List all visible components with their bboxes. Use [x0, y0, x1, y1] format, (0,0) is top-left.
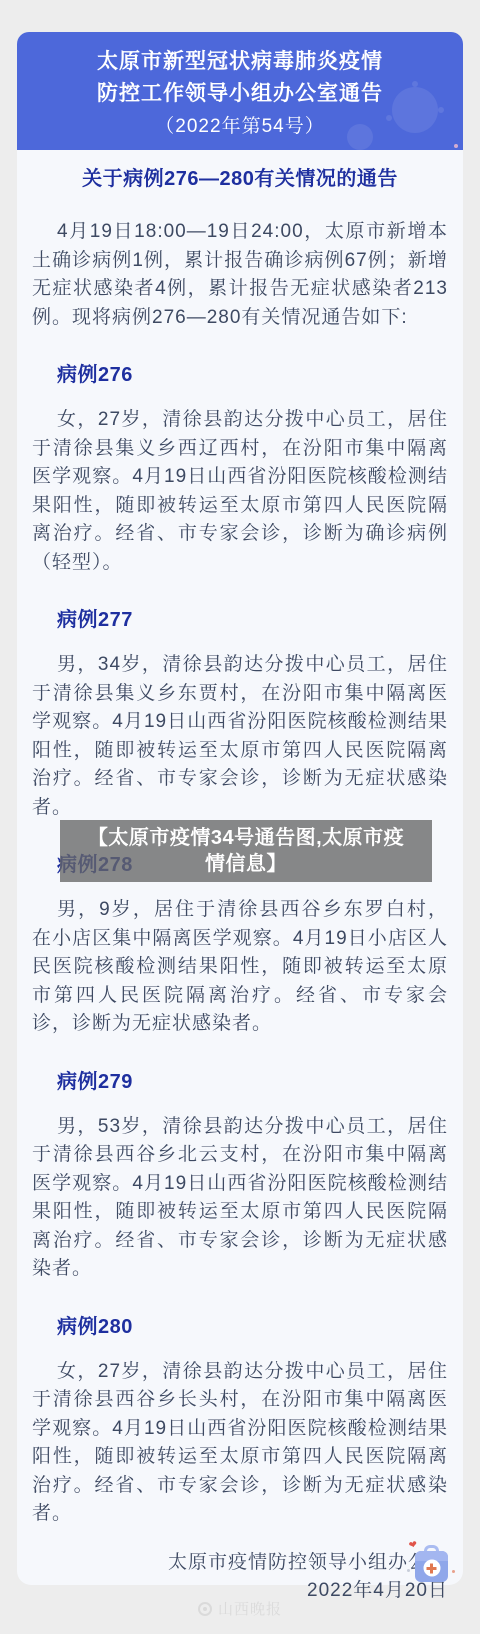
watermark-overlay: 【太原市疫情34号通告图,太原市疫 情信息】	[60, 820, 432, 882]
weibo-watermark-text: 山西晚报	[218, 1601, 282, 1618]
virus-decoration-icon	[392, 87, 438, 133]
footer-signature-block: 太原市疫情防控领导小组办公室 2022年4月20日	[32, 1549, 448, 1606]
case-section-277: 病例277 男，34岁，清徐县韵达分拨中心员工，居住于清徐县集义乡东贾村，在汾阳…	[32, 607, 448, 822]
dot-decoration	[407, 1569, 410, 1572]
watermark-overlay-line-1: 【太原市疫情34号通告图,太原市疫	[60, 825, 432, 851]
signature-line: 太原市疫情防控领导小组办公室	[32, 1549, 448, 1578]
intro-paragraph: 4月19日18:00—19日24:00，太原市新增本土确诊病例1例，累计报告确诊…	[32, 218, 448, 332]
case-paragraph-280: 女，27岁，清徐县韵达分拨中心员工，居住于清徐县西谷乡长头村，在汾阳市集中隔离医…	[32, 1358, 448, 1529]
case-paragraph-276: 女，27岁，清徐县韵达分拨中心员工，居住于清徐县集义乡西辽西村，在汾阳市集中隔离…	[32, 406, 448, 577]
case-section-276: 病例276 女，27岁，清徐县韵达分拨中心员工，居住于清徐县集义乡西辽西村，在汾…	[32, 362, 448, 577]
virus-decoration-icon	[347, 124, 373, 150]
cross-icon	[430, 1563, 433, 1573]
weibo-watermark: 山西晚报	[0, 1598, 480, 1619]
case-label-279: 病例279	[57, 1069, 448, 1095]
notice-title: 关于病例276—280有关情况的通告	[32, 166, 448, 192]
dot-decoration	[452, 1570, 455, 1573]
case-section-279: 病例279 男，53岁，清徐县韵达分拨中心员工，居住于清徐县西谷乡北云支村，在汾…	[32, 1069, 448, 1284]
notice-card: 太原市新型冠状病毒肺炎疫情 防控工作领导小组办公室通告 （2022年第54号） …	[17, 32, 463, 1585]
case-paragraph-278: 男，9岁，居住于清徐县西谷乡东罗白村，在小店区集中隔离医学观察。4月19日小店区…	[32, 896, 448, 1039]
watermark-overlay-line-2: 情信息】	[60, 851, 432, 877]
case-paragraph-277: 男，34岁，清徐县韵达分拨中心员工，居住于清徐县集义乡东贾村，在汾阳市集中隔离医…	[32, 651, 448, 822]
case-label-280: 病例280	[57, 1314, 448, 1340]
banner-title-line-1: 太原市新型冠状病毒肺炎疫情	[17, 46, 463, 78]
kit-circle	[423, 1560, 440, 1577]
case-label-276: 病例276	[57, 362, 448, 388]
weibo-logo-icon	[198, 1602, 212, 1616]
case-paragraph-279: 男，53岁，清徐县韵达分拨中心员工，居住于清徐县西谷乡北云支村，在汾阳市集中隔离…	[32, 1113, 448, 1284]
case-section-278: 【太原市疫情34号通告图,太原市疫 情信息】 病例278 男，9岁，居住于清徐县…	[32, 852, 448, 1039]
banner: 太原市新型冠状病毒肺炎疫情 防控工作领导小组办公室通告 （2022年第54号）	[17, 32, 463, 150]
notice-content: 关于病例276—280有关情况的通告 4月19日18:00—19日24:00，太…	[17, 166, 463, 1606]
case-label-277: 病例277	[57, 607, 448, 633]
case-section-280: 病例280 女，27岁，清徐县韵达分拨中心员工，居住于清徐县西谷乡长头村，在汾阳…	[32, 1314, 448, 1529]
pink-dot-decoration	[454, 144, 458, 148]
first-aid-kit-icon: ❤	[415, 1551, 448, 1582]
